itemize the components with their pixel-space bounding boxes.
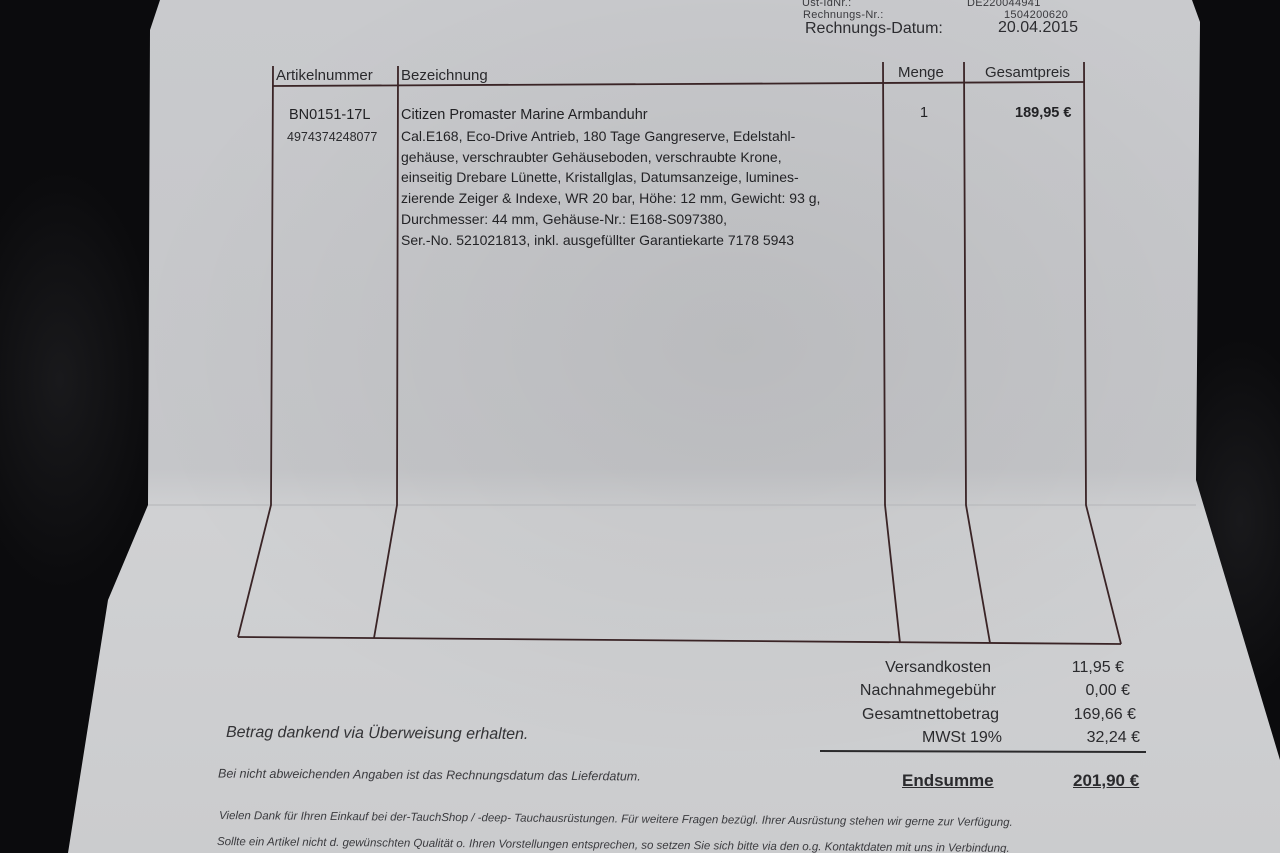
column-header-description: Bezeichnung <box>401 67 488 84</box>
invoice-date-label: Rechnungs-Datum: <box>805 20 943 38</box>
description-line: einseitig Drebare Lünette, Kristallglas,… <box>401 167 820 188</box>
ust-id-label: Ust-IdNr.: <box>802 0 851 9</box>
article-number: BN0151-17L <box>289 107 370 123</box>
item-title: Citizen Promaster Marine Armbanduhr <box>401 107 648 123</box>
ean-code: 4974374248077 <box>287 130 377 144</box>
cod-fee-label: Nachnahmegebühr <box>796 682 996 700</box>
shipping-value: 11,95 € <box>1014 659 1124 677</box>
vat-label: MWSt 19% <box>802 729 1002 747</box>
grand-total-value: 201,90 € <box>1073 771 1139 791</box>
delivery-date-note: Bei nicht abweichenden Angaben ist das R… <box>218 767 641 784</box>
column-header-quantity: Menge <box>898 64 944 81</box>
net-total-value: 169,66 € <box>1026 706 1136 724</box>
description-line: Cal.E168, Eco-Drive Antrieb, 180 Tage Ga… <box>401 126 820 147</box>
grand-total-label: Endsumme <box>902 771 994 791</box>
item-total-price: 189,95 € <box>1015 105 1071 121</box>
shipping-label: Versandkosten <box>791 659 991 677</box>
description-line: Durchmesser: 44 mm, Gehäuse-Nr.: E168-S0… <box>401 209 820 230</box>
payment-received-note: Betrag dankend via Überweisung erhalten. <box>226 724 529 744</box>
description-line: Ser.-No. 521021813, inkl. ausgefüllter G… <box>401 230 820 251</box>
column-header-total-price: Gesamtpreis <box>985 64 1070 81</box>
description-line: zierende Zeiger & Indexe, WR 20 bar, Höh… <box>401 188 820 209</box>
description-line: gehäuse, verschraubter Gehäuseboden, ver… <box>401 147 820 168</box>
item-quantity: 1 <box>920 105 928 121</box>
column-header-article-number: Artikelnummer <box>276 67 373 84</box>
vat-value: 32,24 € <box>1030 729 1140 747</box>
item-description: Cal.E168, Eco-Drive Antrieb, 180 Tage Ga… <box>401 126 820 250</box>
totals-rule <box>820 751 1146 752</box>
cod-fee-value: 0,00 € <box>1020 682 1130 700</box>
ust-id-value: DE220044941 <box>967 0 1041 9</box>
net-total-label: Gesamtnettobetrag <box>799 706 999 724</box>
invoice-date-value: 20.04.2015 <box>998 19 1078 37</box>
